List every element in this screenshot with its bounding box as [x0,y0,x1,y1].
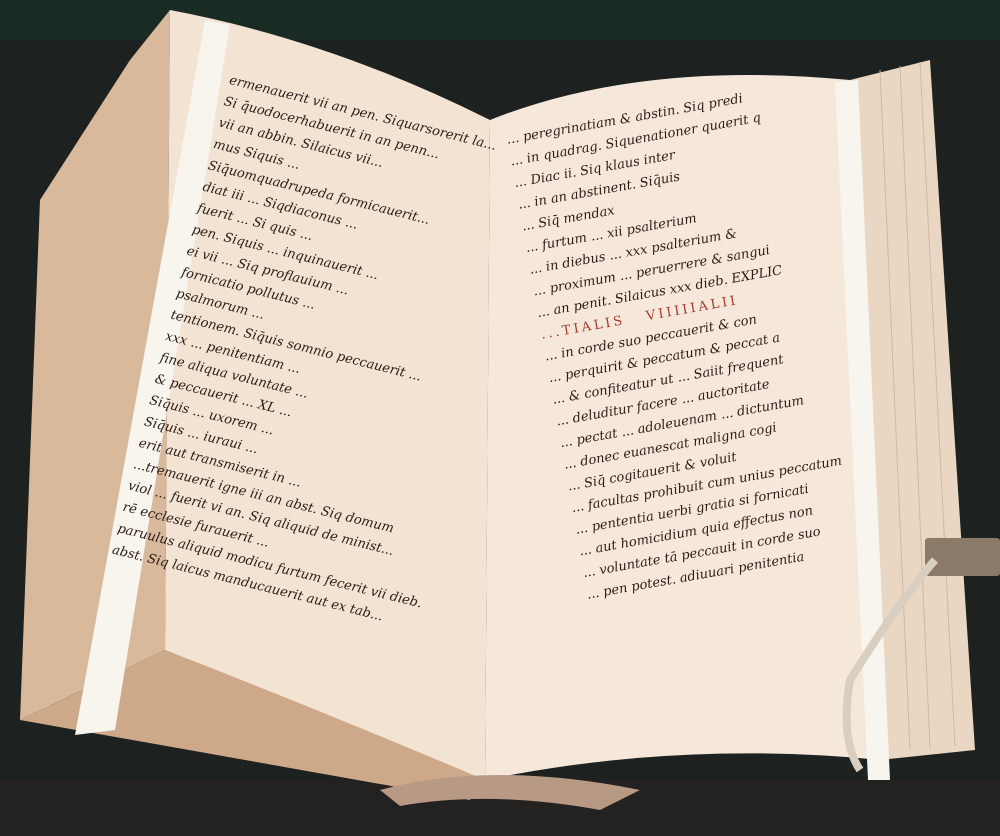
metal-clasp [925,538,1000,576]
